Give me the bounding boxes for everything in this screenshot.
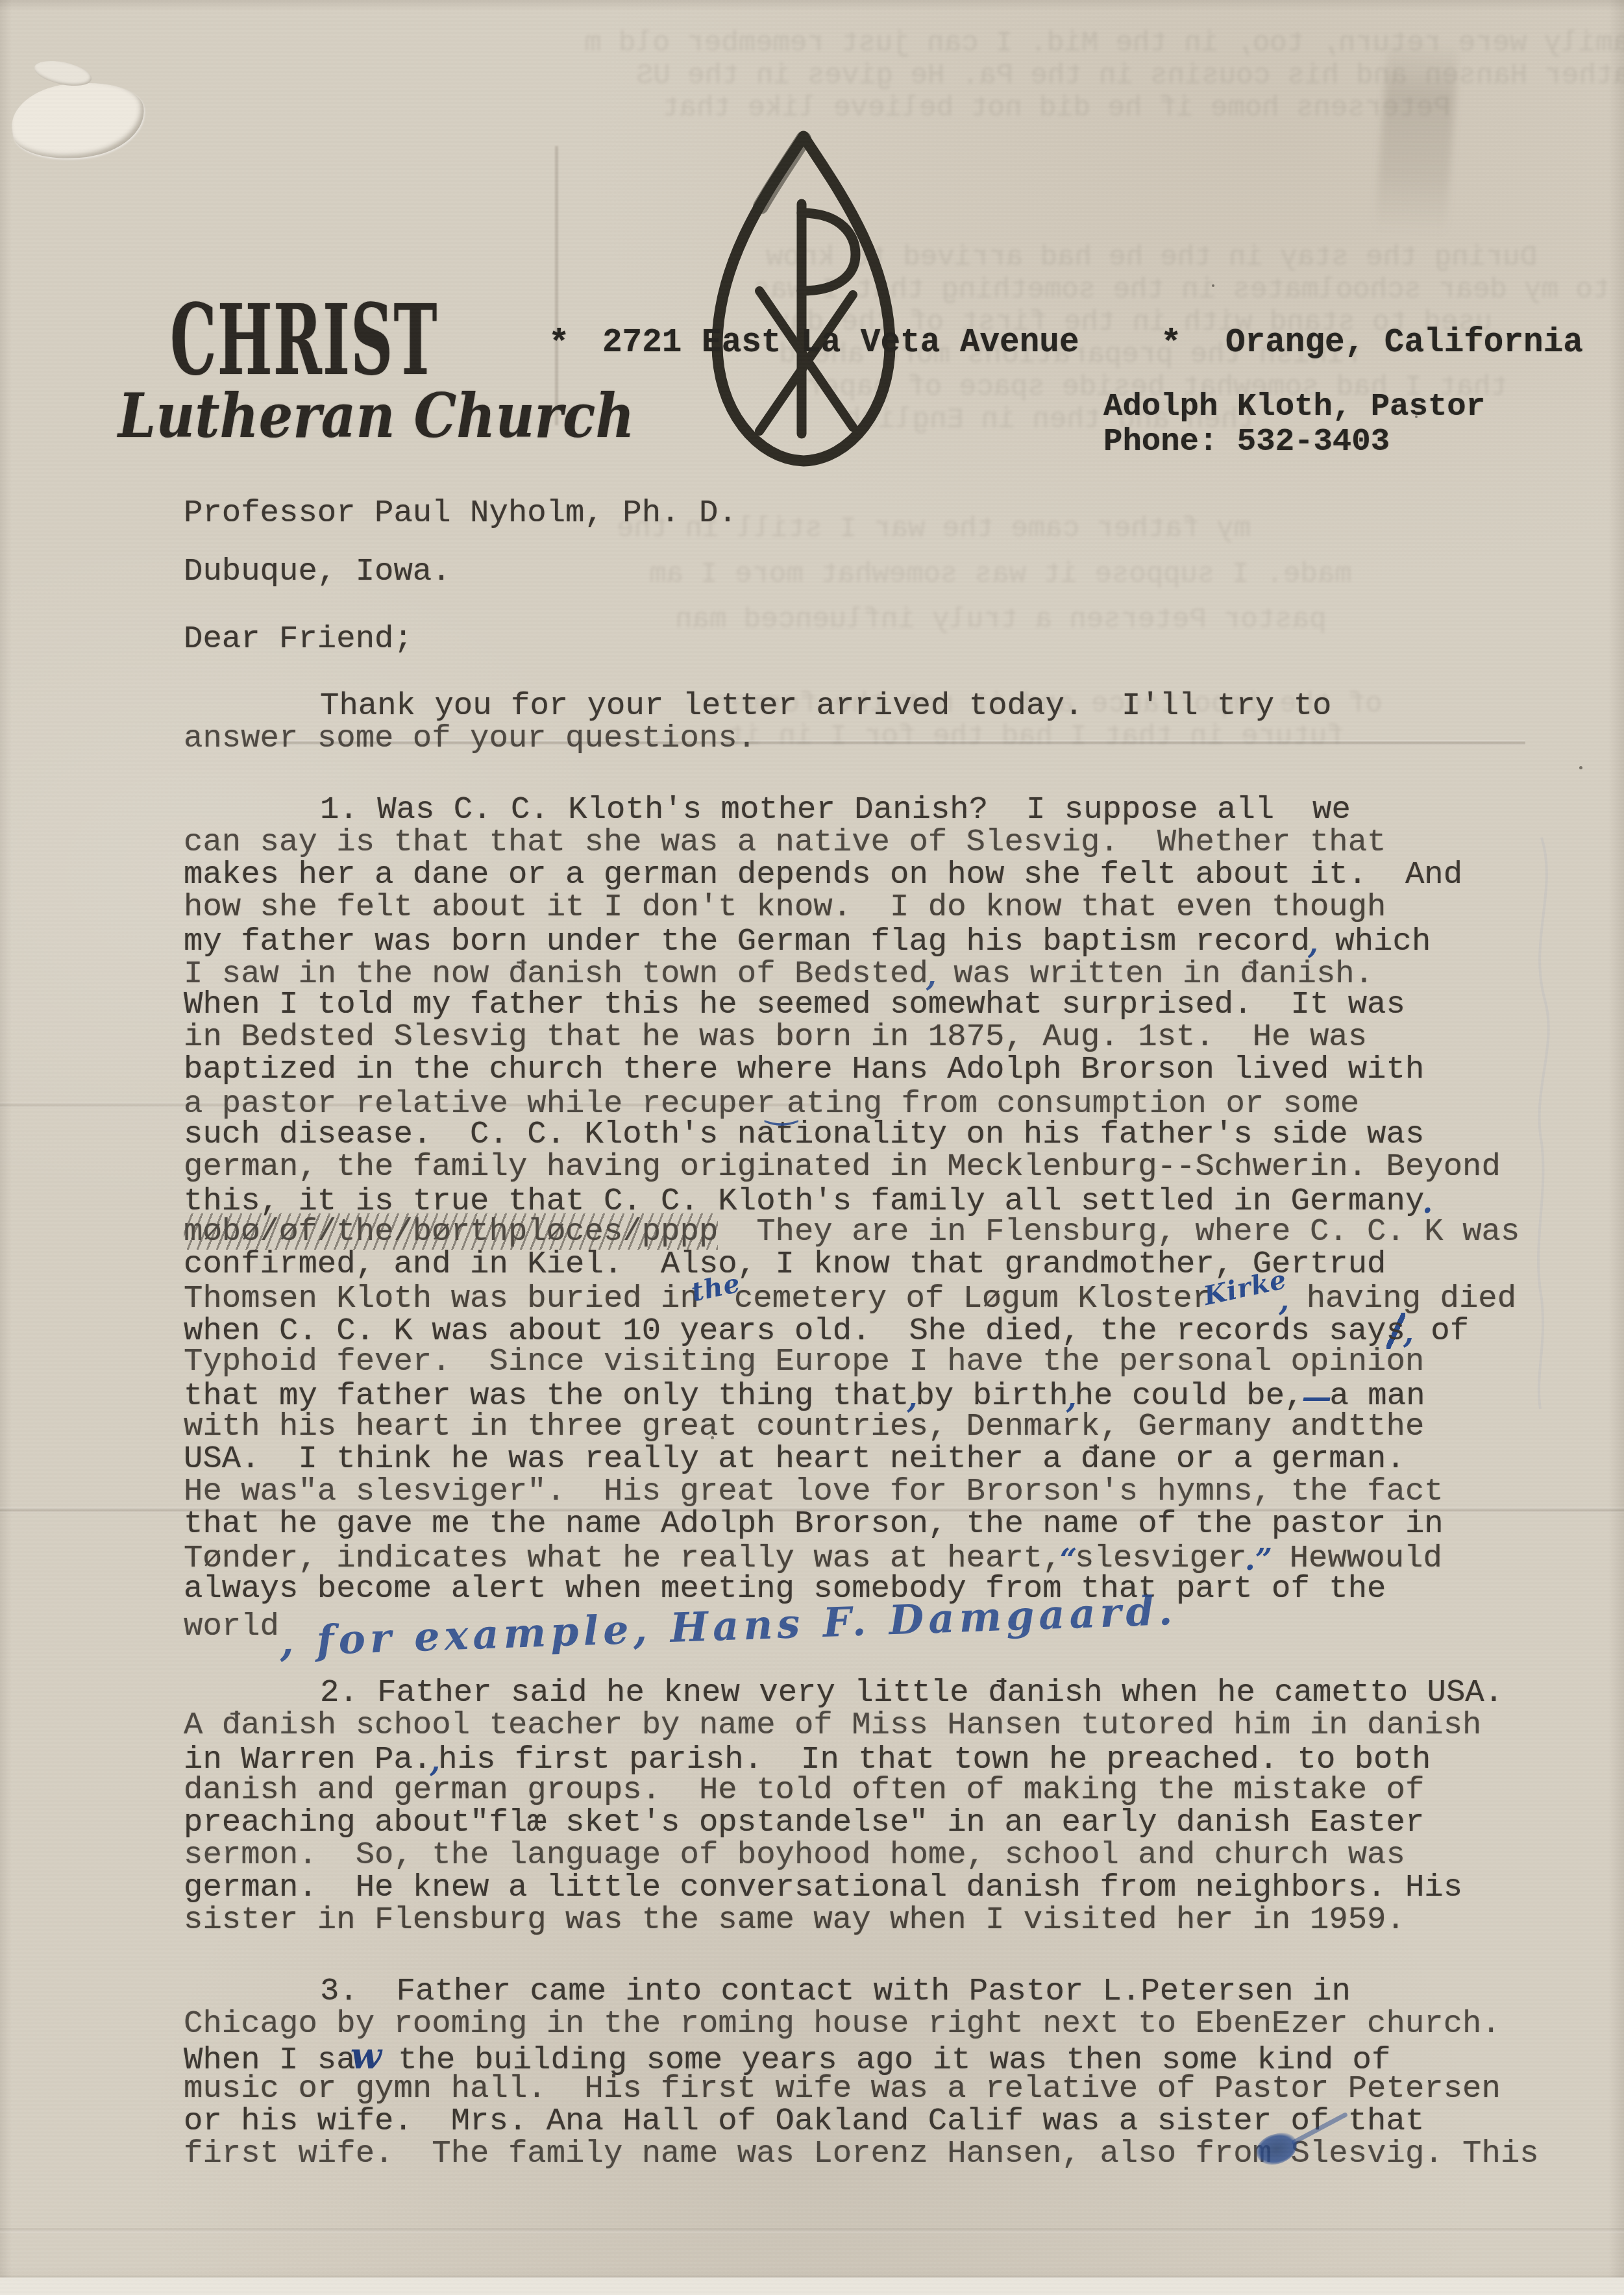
address-star-icon: * — [1161, 325, 1181, 364]
typed-text: or his wife. Mrs. Ana Hall of Oakland Ca… — [184, 2103, 1424, 2139]
paper-tear — [8, 75, 149, 166]
letter-line: When I told my father this he seemed som… — [184, 988, 1592, 1021]
handwritten-annotation: , — [1308, 925, 1318, 960]
handwritten-annotation: , — [1279, 1282, 1289, 1317]
struck-out-text: møbø/øf/the/børthpløces/pppp — [184, 1213, 718, 1250]
church-subtitle: Lutheran Church — [118, 380, 635, 452]
typed-text: I saw in the now đanish town of Bedsted — [184, 956, 928, 992]
letter-line: this, it is true that C. C. Kloth's fami… — [184, 1183, 1592, 1215]
scan-smudge — [1375, 37, 1460, 236]
handwritten-annotation: , — [926, 958, 937, 993]
address-street: 2721 East La Veta Avenue — [602, 325, 1079, 362]
typed-text: can say is that that she was a native of… — [184, 824, 1386, 860]
letter-line: confirmed, and in Kiel. Also, I know tha… — [184, 1248, 1592, 1280]
scanner-edge — [0, 2277, 1624, 2295]
letter-line: my father was born under the German flag… — [184, 923, 1592, 956]
letter-line: Chicago by rooming in the roming house r… — [184, 2007, 1592, 2040]
letter-line: can say is that that she was a native of… — [184, 826, 1592, 858]
handwritten-annotation: , — [1066, 1380, 1077, 1415]
handwritten-annotation: — — [1302, 1380, 1332, 1415]
letter-line: 2. Father said he knew very little đanis… — [184, 1676, 1592, 1709]
handwritten-annotation: , — [430, 1743, 440, 1778]
letter-line: 3. Father came into contact with Pastor … — [184, 1975, 1592, 2007]
typed-text: makes her a dane or a german depends on … — [184, 856, 1462, 893]
typed-text: first wife. The family name was Lorenz H… — [184, 2135, 1539, 2172]
bleedthrough-text: Petersens home if he did not believe lik… — [662, 92, 1451, 125]
letter-line: music or gymn hall. His first wife was a… — [184, 2072, 1592, 2105]
ink-speck — [1212, 284, 1214, 287]
typed-text: in Bedsted Slesvig that he was born in 1… — [184, 1019, 1367, 1055]
typed-text: answer some of your questions. — [184, 720, 756, 756]
recipient-city: Dubuque, Iowa. — [184, 553, 451, 589]
typed-text: Thomsen Kloth was buried in — [184, 1280, 699, 1317]
typed-text: Typhoid fever. Since visiting Europe I h… — [184, 1343, 1424, 1380]
bleedthrough-text: family were return, too, in the Mid. I c… — [584, 27, 1624, 60]
typed-text: ating from consumption or some — [787, 1085, 1359, 1122]
letter-paragraph: 2. Father said he knew very little đanis… — [184, 1676, 1592, 1936]
letter-line: world, for example, Hans F. Damgaard. — [184, 1605, 1592, 1637]
letter-line: He was"a slesviger". His great love for … — [184, 1475, 1592, 1507]
handwritten-annotation: .” — [1245, 1542, 1272, 1577]
typed-text: was written in đanish. — [935, 956, 1373, 992]
handwritten-annotation: w — [351, 2035, 382, 2078]
typed-text: having died — [1287, 1280, 1516, 1317]
typed-text: A đanish school teacher by name of Miss … — [184, 1707, 1482, 1743]
letter-line: answer some of your questions. — [184, 722, 1592, 754]
letter-line: Thank you for your letter arrived today.… — [184, 689, 1592, 722]
salutation: Dear Friend; — [184, 621, 413, 657]
typed-text: He was"a slesviger". His great love for … — [184, 1473, 1444, 1509]
typed-text: a pastor relative while recuper — [184, 1085, 776, 1122]
typed-text: confirmed, and in Kiel. Also, I know tha… — [184, 1246, 1386, 1282]
letter-line: such disease. C. C. Kloth's nationality … — [184, 1118, 1592, 1150]
letter-line: USA. I think he was really at heart neit… — [184, 1443, 1592, 1475]
typed-text: world — [184, 1608, 279, 1644]
typed-text: 3. Father came into contact with Pastor … — [320, 1973, 1351, 2009]
letter-paragraph: Thank you for your letter arrived today.… — [184, 689, 1592, 754]
handwritten-annotation: , — [907, 1380, 917, 1415]
letter-line: preaching about"flæ sket's opstandelse" … — [184, 1806, 1592, 1839]
typed-text: preaching about"flæ sket's opstandelse" … — [184, 1804, 1424, 1841]
letter-line: Thomsen Kloth was buried inthecemetery o… — [184, 1280, 1592, 1313]
letter-line: german, the family having originated in … — [184, 1150, 1592, 1183]
handwritten-annotation: ‿ — [766, 1091, 796, 1124]
typed-text: They are in Flensburg, where C. C. K was — [718, 1213, 1519, 1250]
recipient-name: Professor Paul Nyholm, Ph. D. — [184, 495, 737, 531]
letter-line: When I saw the building some years ago i… — [184, 2040, 1592, 2072]
letter-line: with his heart in three great countries,… — [184, 1410, 1592, 1443]
typed-text: with his heart in three great countries,… — [184, 1408, 1424, 1445]
letter-line: makes her a dane or a german depends on … — [184, 858, 1592, 891]
letter-line: I saw in the now đanish town of Bedsted,… — [184, 956, 1592, 988]
typed-text: 1. Was C. C. Kloth's mother Danish? I su… — [320, 791, 1351, 828]
letter-line: 1. Was C. C. Kloth's mother Danish? I su… — [184, 793, 1592, 826]
typed-text: Thank you for your letter arrived today.… — [320, 688, 1331, 724]
typed-text: USA. I think he was really at heart neit… — [184, 1441, 1405, 1477]
letter-line: baptized in the church there where Hans … — [184, 1053, 1592, 1085]
letter-line: that my father was the only thing that,b… — [184, 1378, 1592, 1410]
bleedthrough-text: made. I suppose it was somewhat more I a… — [649, 558, 1352, 591]
letter-line: Typhoid fever. Since visiting Europe I h… — [184, 1345, 1592, 1378]
typed-text: baptized in the church there where Hans … — [184, 1051, 1424, 1087]
typed-text: which — [1316, 923, 1431, 960]
fold-crease-bottom — [0, 2228, 1624, 2233]
typed-text: how she felt about it I don't know. I do… — [184, 889, 1386, 925]
letter-line: møbø/øf/the/børthpløces/pppp They are in… — [184, 1215, 1592, 1248]
letter-line: A đanish school teacher by name of Miss … — [184, 1709, 1592, 1741]
letter-line: first wife. The family name was Lorenz H… — [184, 2137, 1592, 2170]
typed-text: german. He knew a little conversational … — [184, 1869, 1462, 1905]
letter-line: that he gave me the name Adolph Brorson,… — [184, 1507, 1592, 1540]
handwritten-annotation: “ — [1060, 1542, 1077, 1577]
chi-rho-icon — [696, 127, 911, 486]
pastor-name: Adolph Kloth, Pastor — [1103, 388, 1485, 425]
letter-line: sermon. So, the language of boyhood home… — [184, 1839, 1592, 1871]
typed-text: danish and german groups. He told often … — [184, 1772, 1424, 1808]
letter-line: in Warren Pa.,his first parish. In that … — [184, 1741, 1592, 1774]
letter-line: sister in Flensburg was the same way whe… — [184, 1904, 1592, 1936]
letter-page: family were return, too, in the Mid. I c… — [0, 0, 1624, 2295]
typed-text: that he gave me the name Adolph Brorson,… — [184, 1506, 1444, 1542]
letter-line: in Bedsted Slesvig that he was born in 1… — [184, 1021, 1592, 1053]
letter-line: how she felt about it I don't know. I do… — [184, 891, 1592, 923]
pastor-phone: Phone: 532-3403 — [1103, 423, 1390, 460]
typed-text: cemetery of Løgum Kloster — [734, 1280, 1211, 1317]
address-star-icon: * — [548, 325, 569, 364]
letter-paragraph: 1. Was C. C. Kloth's mother Danish? I su… — [184, 793, 1592, 1637]
letter-line: when C. C. K was about 10 years old. She… — [184, 1313, 1592, 1345]
typed-text: sister in Flensburg was the same way whe… — [184, 1902, 1405, 1938]
letter-line: Tønder, indicates what he really was at … — [184, 1540, 1592, 1572]
letter-paragraph: 3. Father came into contact with Pastor … — [184, 1975, 1592, 2170]
letter-body: Thank you for your letter arrived today.… — [184, 689, 1592, 2209]
letter-line: danish and german groups. He told often … — [184, 1774, 1592, 1806]
address-city: Orange, California — [1225, 325, 1583, 362]
typed-text: my father was born under the German flag… — [184, 923, 1310, 960]
typed-text: sermon. So, the language of boyhood home… — [184, 1837, 1405, 1873]
bleedthrough-text: pastor Petersen a truly influenced man — [675, 604, 1326, 636]
margin-squiggle — [1522, 831, 1600, 1415]
letter-line: or his wife. Mrs. Ana Hall of Oakland Ca… — [184, 2105, 1592, 2137]
typed-text: german, the family having originated in … — [184, 1148, 1501, 1185]
typed-text: 2. Father said he knew very little đanis… — [320, 1674, 1503, 1711]
letter-line: german. He knew a little conversational … — [184, 1871, 1592, 1904]
letter-line: a pastor relative while recuper‿ating fr… — [184, 1085, 1592, 1118]
bleedthrough-text: father Hansen and his cousins in the Pa.… — [636, 60, 1624, 92]
